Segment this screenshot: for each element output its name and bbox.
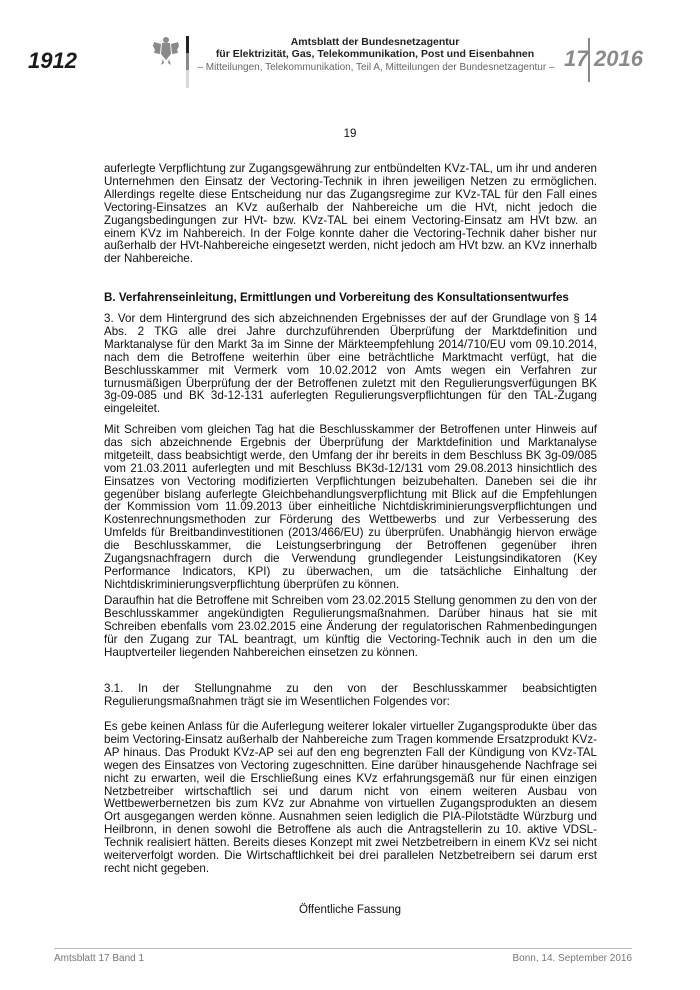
- paragraph-3: 3. Vor dem Hintergrund des sich abzeichn…: [104, 313, 597, 416]
- federal-eagle-icon: [152, 34, 180, 66]
- paragraph-5: Daraufhin hat die Betroffene mit Schreib…: [104, 595, 597, 660]
- publication-subtitle: – Mitteilungen, Telekommunikation, Teil …: [196, 62, 556, 73]
- inner-page-number: 19: [0, 128, 700, 140]
- paragraph-6: Es gebe keinen Anlass für die Auferlegun…: [104, 721, 597, 876]
- header-color-bar: [186, 36, 189, 88]
- footer-issue: Amtsblatt 17 Band 1: [54, 953, 144, 964]
- publication-title: Amtsblatt der Bundesnetzagentur für Elek…: [190, 36, 560, 60]
- paragraph-text: Es gebe keinen Anlass für die Auferlegun…: [104, 721, 597, 876]
- paragraph-4: Mit Schreiben vom gleichen Tag hat die B…: [104, 424, 597, 592]
- paragraph-text: auferlegte Verpflichtung zur Zugangsgewä…: [104, 163, 597, 266]
- header-page-number: 1912: [28, 48, 77, 74]
- paragraph-3-1: 3.1. In der Stellungnahme zu den von der…: [104, 683, 597, 709]
- paragraph-text: 3. Vor dem Hintergrund des sich abzeichn…: [104, 313, 597, 416]
- issue-number: 17: [564, 46, 588, 72]
- paragraph-continuation: auferlegte Verpflichtung zur Zugangsgewä…: [104, 163, 597, 266]
- paragraph-text: 3.1. In der Stellungnahme zu den von der…: [104, 683, 597, 709]
- paragraph-text: Daraufhin hat die Betroffene mit Schreib…: [104, 595, 597, 660]
- footer-date: Bonn, 14. September 2016: [512, 953, 632, 964]
- issue-separator: [588, 38, 590, 82]
- section-heading-b: B. Verfahrenseinleitung, Ermittlungen un…: [104, 292, 597, 305]
- issue-year: 2016: [594, 46, 643, 72]
- title-line-2: für Elektrizität, Gas, Telekommunikation…: [190, 48, 560, 60]
- title-line-1: Amtsblatt der Bundesnetzagentur: [190, 36, 560, 48]
- paragraph-text: Mit Schreiben vom gleichen Tag hat die B…: [104, 424, 597, 592]
- version-label: Öffentliche Fassung: [0, 904, 700, 916]
- footer-divider: [54, 948, 632, 949]
